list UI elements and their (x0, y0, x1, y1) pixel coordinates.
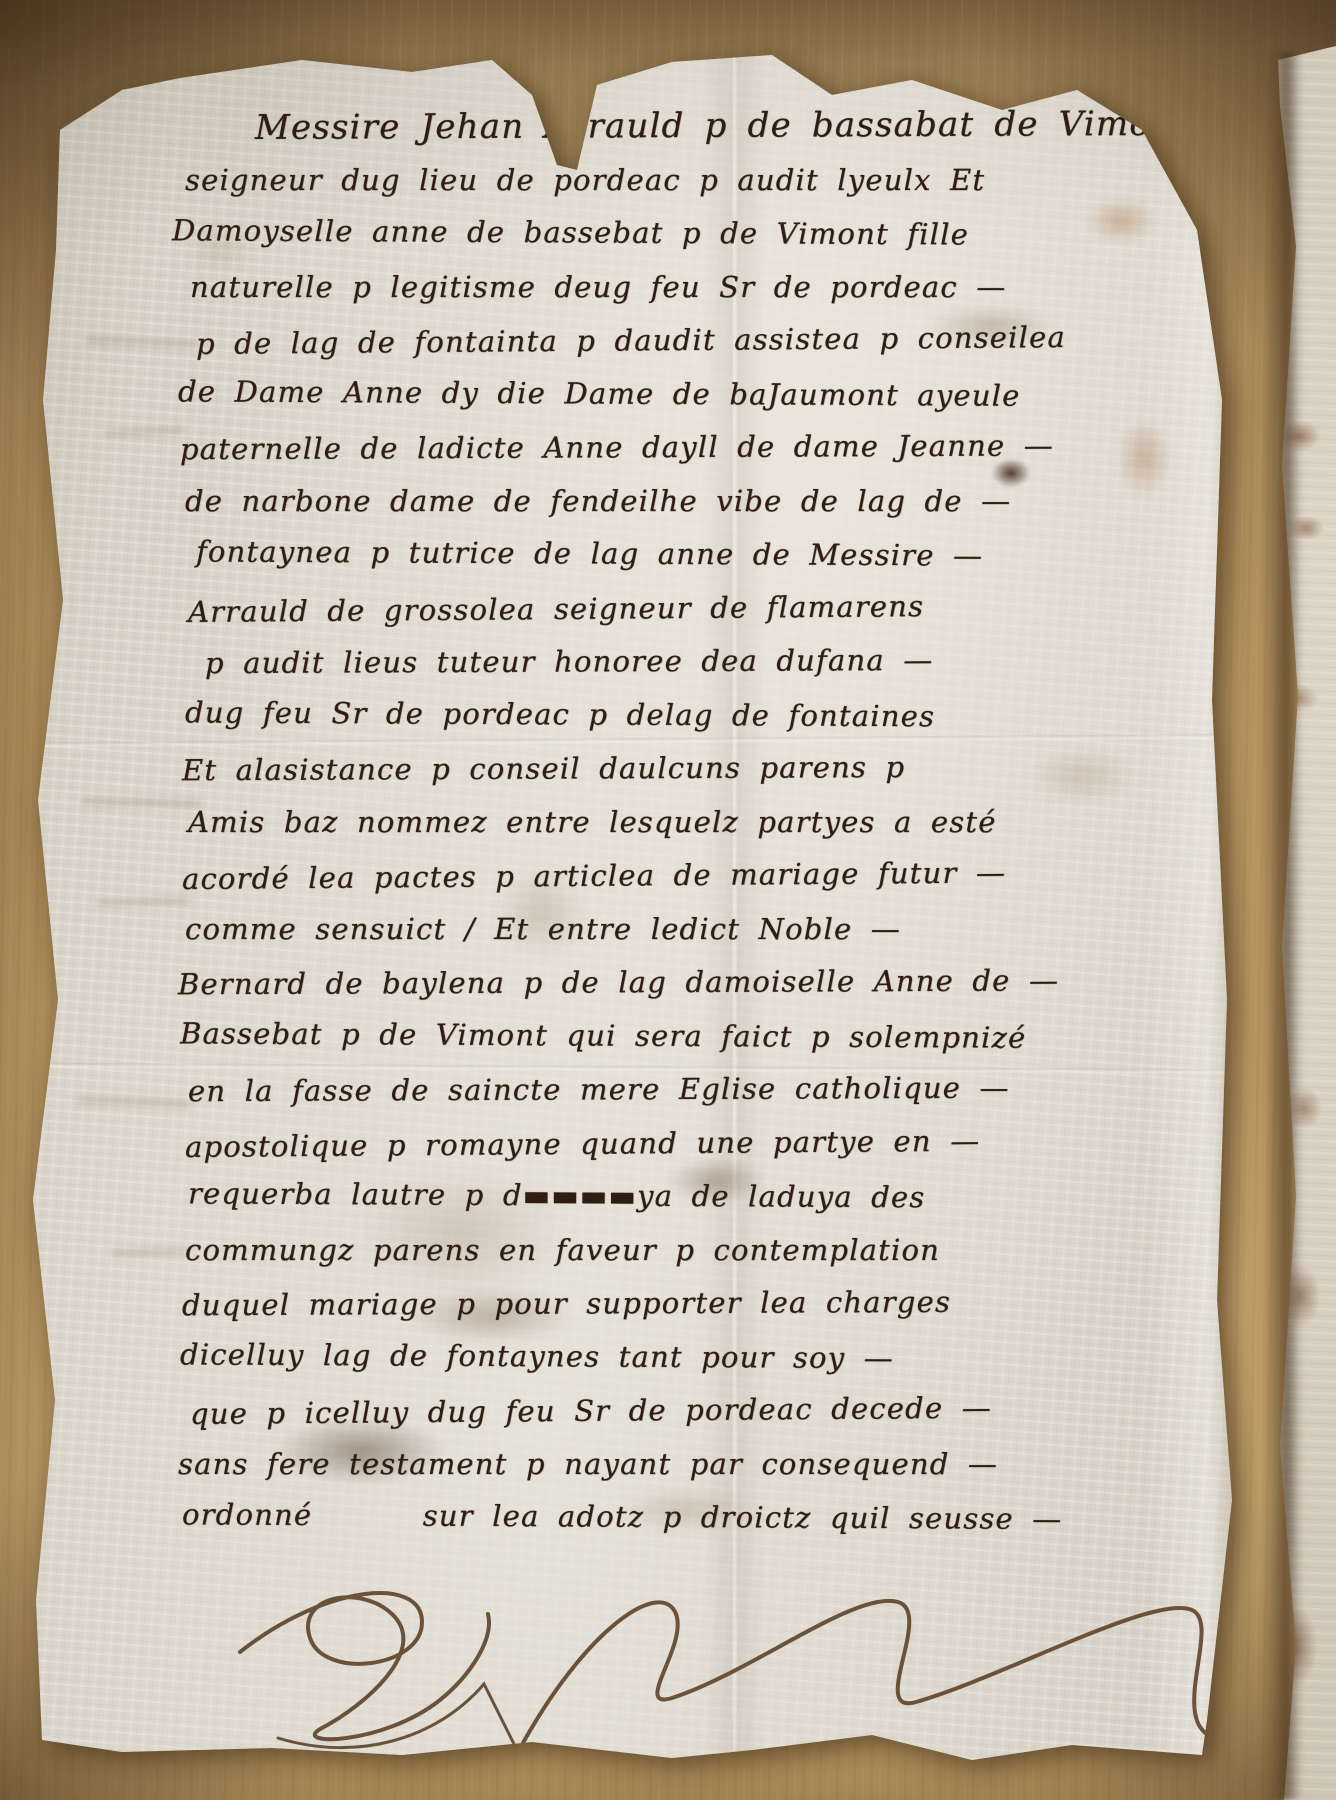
manuscript-sheet: Messire Jehan Arrauld p de bassabat de V… (26, 38, 1270, 1760)
notary-paraph-flourish (26, 38, 1270, 1760)
photo-scene: Messire Jehan Arrauld p de bassabat de V… (0, 0, 1336, 1800)
manuscript-sheet-wrap: Messire Jehan Arrauld p de bassabat de V… (26, 38, 1270, 1760)
